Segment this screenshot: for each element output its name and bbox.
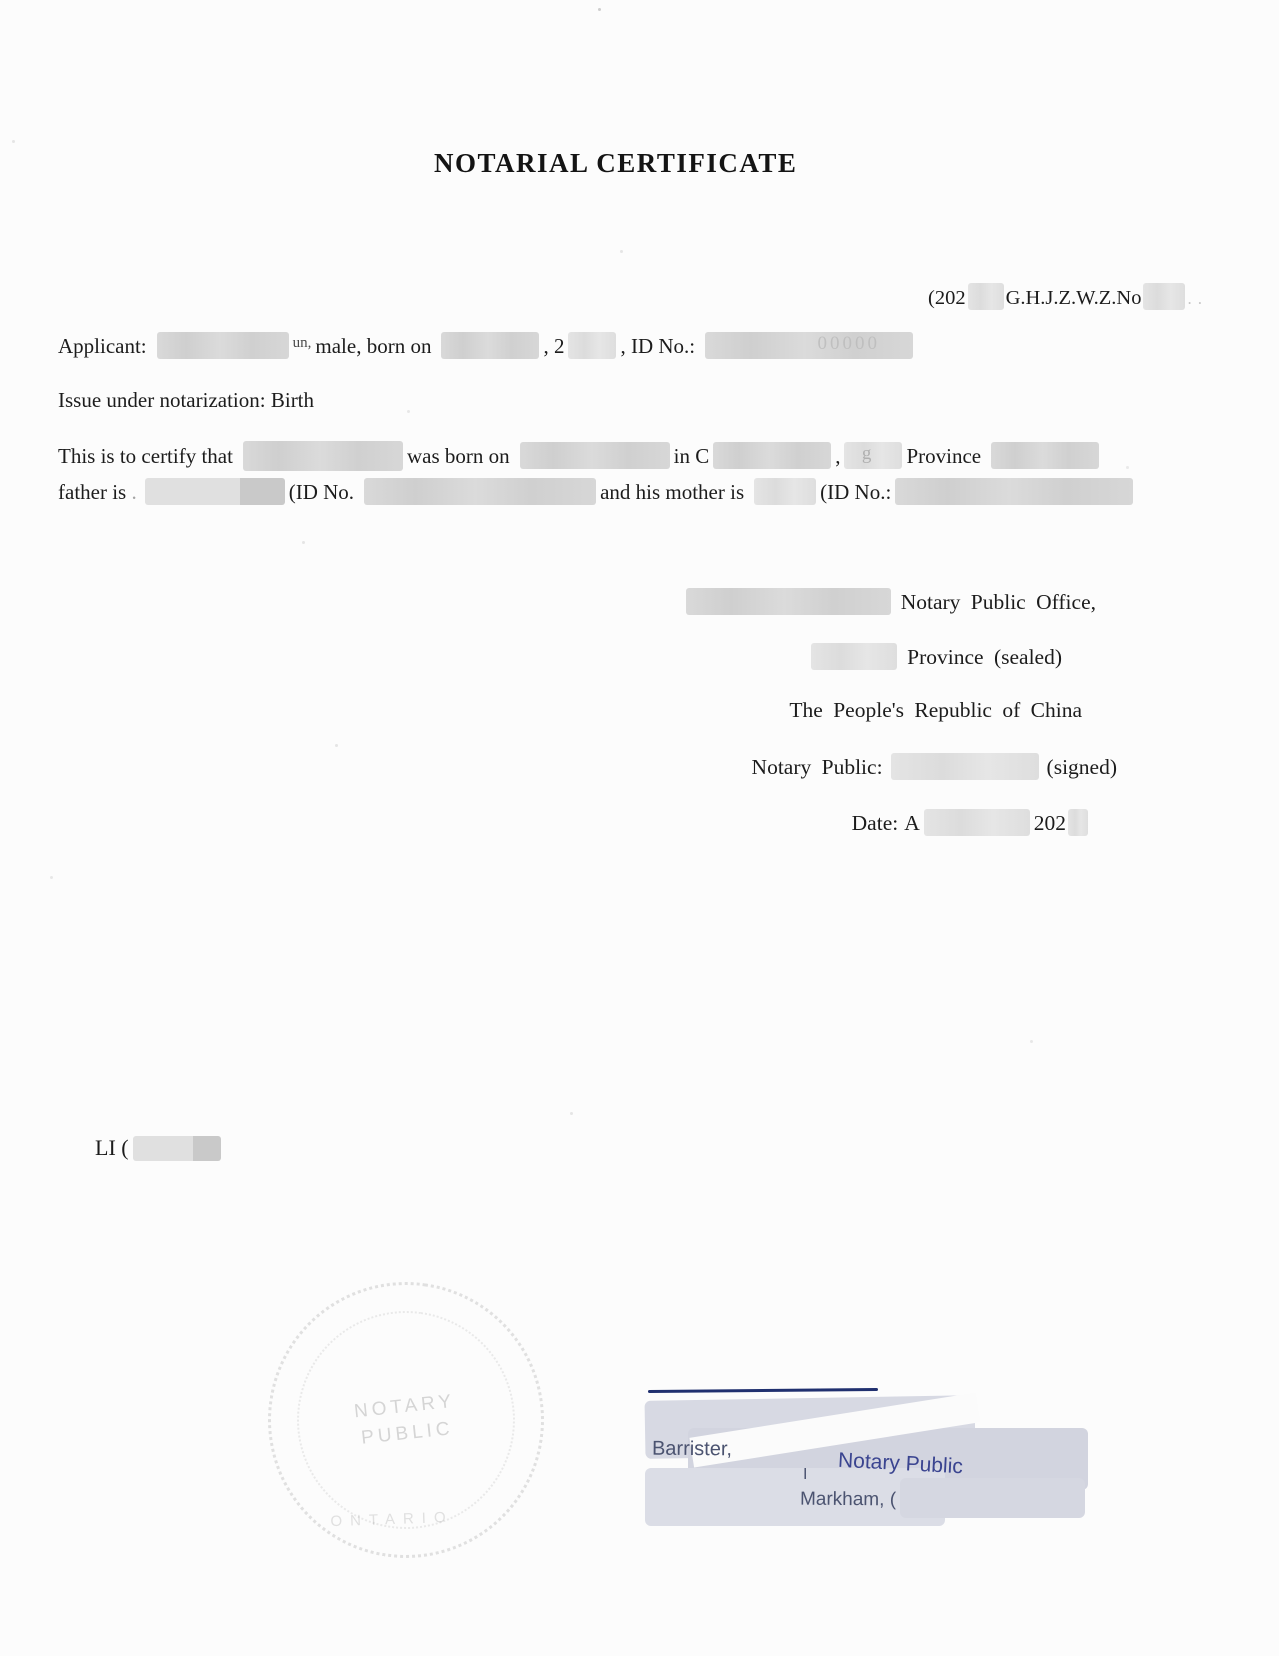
paper-speck	[12, 140, 15, 143]
certify-p5: Province	[906, 444, 981, 468]
reference-code: G.H.J.Z.W.Z.No	[1006, 287, 1142, 309]
signed-suffix: (signed)	[1047, 755, 1117, 779]
redaction-block	[991, 442, 1099, 469]
redaction-block	[364, 478, 596, 505]
paper-speck	[50, 876, 53, 879]
redaction-block: 00000	[705, 332, 913, 359]
notary-province-line: Province (sealed)	[807, 643, 1062, 670]
bottom-left-name: LI (	[95, 1135, 225, 1161]
notary-label: Notary Public:	[752, 755, 883, 779]
redaction-block	[713, 442, 831, 469]
redaction-block	[686, 588, 891, 615]
notary-office-text: Notary Public Office,	[901, 590, 1096, 614]
applicant-year-prefix: , 2	[543, 334, 564, 358]
certify-p8: and his mother is	[600, 480, 744, 504]
applicant-middle: male, born on	[315, 334, 431, 358]
date-month-initial: A	[904, 811, 920, 835]
certify-p9: (ID No.:	[820, 480, 891, 504]
redaction-block	[895, 478, 1133, 505]
redaction-block	[441, 332, 539, 359]
redaction-block: g	[844, 442, 902, 469]
redaction-block	[900, 1478, 1085, 1518]
redaction-block	[754, 478, 816, 505]
redaction-block	[968, 283, 1004, 310]
barrister-text: Barrister,	[652, 1438, 732, 1462]
province-remnant: g	[862, 443, 875, 465]
notary-signed-line: Notary Public:(signed)	[752, 753, 1117, 780]
stamp-remnant-tick: I	[803, 1466, 807, 1484]
certify-p3: in C	[674, 444, 710, 468]
paper-speck	[598, 8, 601, 11]
reference-tail: ..	[1187, 289, 1208, 308]
certify-p2: was born on	[407, 444, 510, 468]
redaction-block	[145, 478, 285, 505]
redaction-block	[811, 643, 897, 670]
paper-speck	[335, 744, 338, 747]
redaction-block	[891, 753, 1039, 780]
page-title: NOTARIAL CERTIFICATE	[434, 148, 797, 179]
redaction-block	[520, 442, 670, 469]
paper-speck	[302, 541, 305, 544]
certify-p1: This is to certify that	[58, 444, 233, 468]
certify-p7: (ID No.	[289, 480, 354, 504]
paper-speck	[620, 250, 623, 253]
redaction-block	[133, 1136, 221, 1161]
redaction-block	[1143, 283, 1185, 310]
notarial-certificate-page: NOTARIAL CERTIFICATE (202G.H.J.Z.W.Z.No.…	[0, 0, 1279, 1656]
markham-city-text: Markham, (	[800, 1489, 896, 1512]
certify-p6-dot: .	[131, 480, 136, 504]
paper-speck	[407, 410, 410, 413]
applicant-label: Applicant:	[58, 334, 147, 358]
certify-line-2: father is .(ID No.and his mother is(ID N…	[58, 478, 1137, 505]
date-year: 202	[1034, 811, 1066, 835]
applicant-id-label: , ID No.:	[620, 334, 695, 358]
redaction-block	[568, 332, 616, 359]
bottom-left-text: LI (	[95, 1135, 129, 1160]
applicant-line: Applicant:un,male, born on, 2, ID No.:00…	[58, 332, 917, 359]
certify-p4: ,	[835, 444, 840, 468]
redaction-block	[924, 809, 1030, 836]
notary-country-line: The People's Republic of China	[789, 698, 1082, 723]
redaction-block	[243, 441, 403, 471]
reference-prefix: (202	[928, 287, 966, 309]
applicant-name-remnant: un,	[293, 335, 312, 351]
paper-speck	[1126, 466, 1129, 469]
redaction-block	[157, 332, 289, 359]
reference-number: (202G.H.J.Z.W.Z.No..	[928, 283, 1208, 310]
signature-rule-segment-1	[648, 1388, 878, 1393]
applicant-id-partial: 00000	[817, 333, 880, 355]
notary-office-line: Notary Public Office,	[682, 588, 1096, 615]
certify-p6: father is	[58, 480, 126, 504]
paper-speck	[1030, 1040, 1033, 1043]
redaction-block	[1068, 809, 1088, 836]
certify-line-1: This is to certify thatwas born onin C,g…	[58, 441, 1103, 471]
issue-line: Issue under notarization: Birth	[58, 388, 314, 413]
date-label: Date:	[852, 811, 899, 835]
notary-embossed-seal: NOTARY PUBLIC ONTARIO	[250, 1264, 562, 1576]
seal-center-line2: PUBLIC	[360, 1418, 454, 1450]
notary-date-line: Date:A202	[852, 809, 1092, 836]
paper-speck	[570, 1112, 573, 1115]
notary-province-text: Province (sealed)	[907, 645, 1062, 669]
